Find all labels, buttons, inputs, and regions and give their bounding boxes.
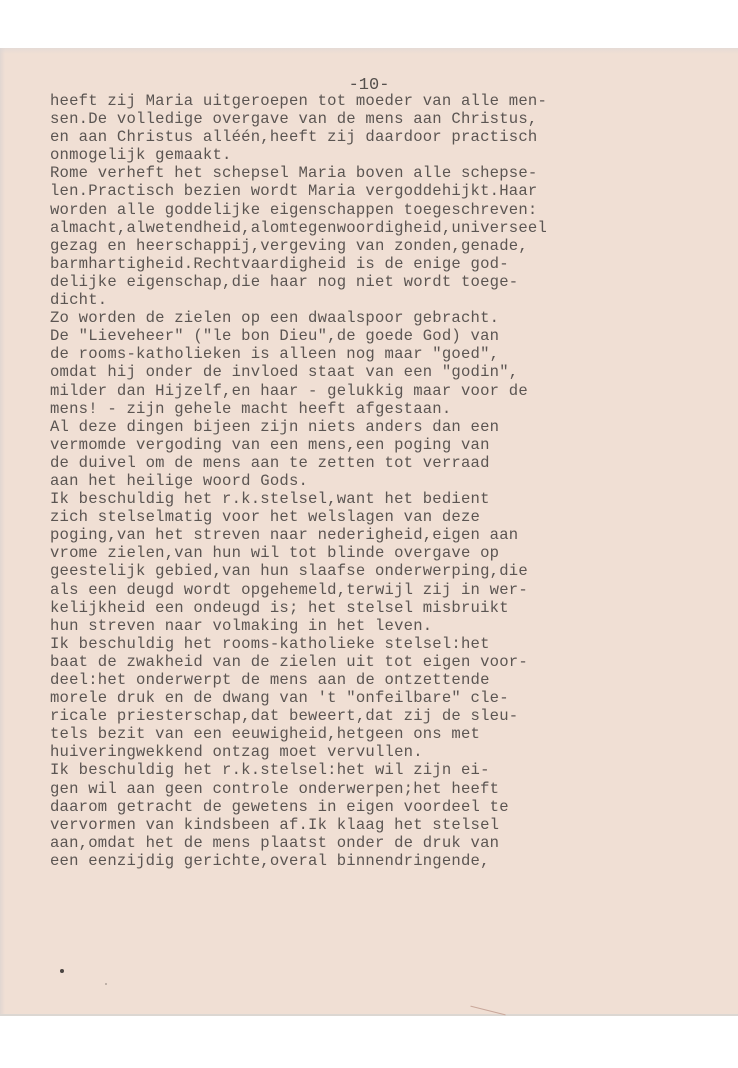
text-line: Al deze dingen bijeen zijn niets anders …	[50, 418, 547, 436]
text-line: en aan Christus alléén,heeft zij daardoo…	[50, 128, 547, 146]
paper-tear-mark	[470, 1006, 505, 1016]
text-line: de rooms-katholieken is alleen nog maar …	[50, 345, 547, 363]
text-line: gen wil aan geen controle onderwerpen;he…	[50, 780, 547, 798]
text-line: delijke eigenschap,die haar nog niet wor…	[50, 273, 547, 291]
page-body-text: heeft zij Maria uitgeroepen tot moeder v…	[50, 92, 547, 870]
text-line: kelijkheid een ondeugd is; het stelsel m…	[50, 599, 547, 617]
text-line: Rome verheft het schepsel Maria boven al…	[50, 164, 547, 182]
typewritten-page: -10- heeft zij Maria uitgeroepen tot moe…	[0, 48, 738, 1016]
text-line: len.Practisch bezien wordt Maria vergodd…	[50, 182, 547, 200]
text-line: poging,van het streven naar nederigheid,…	[50, 526, 547, 544]
text-line: deel:het onderwerpt de mens aan de ontze…	[50, 671, 547, 689]
text-line: onmogelijk gemaakt.	[50, 146, 547, 164]
text-line: omdat hij onder de invloed staat van een…	[50, 363, 547, 381]
text-line: dicht.	[50, 291, 547, 309]
text-line: gezag en heerschappij,vergeving van zond…	[50, 237, 547, 255]
text-line: Ik beschuldig het r.k.stelsel:het wil zi…	[50, 761, 547, 779]
text-line: huiveringwekkend ontzag moet vervullen.	[50, 743, 547, 761]
text-line: hun streven naar volmaking in het leven.	[50, 617, 547, 635]
text-line: Ik beschuldig het r.k.stelsel,want het b…	[50, 490, 547, 508]
text-line: geestelijk gebied,van hun slaafse onderw…	[50, 562, 547, 580]
ink-speck	[105, 983, 107, 985]
text-line: De "Lieveheer" ("le bon Dieu",de goede G…	[50, 327, 547, 345]
text-line: mens! - zijn gehele macht heeft afgestaa…	[50, 400, 547, 418]
text-line: barmhartigheid.Rechtvaardigheid is de en…	[50, 255, 547, 273]
text-line: aan het heilige woord Gods.	[50, 472, 547, 490]
text-line: Zo worden de zielen op een dwaalspoor ge…	[50, 309, 547, 327]
text-line: een eenzijdig gerichte,overal binnendrin…	[50, 852, 547, 870]
text-line: worden alle goddelijke eigenschappen toe…	[50, 201, 547, 219]
text-line: vermomde vergoding van een mens,een pogi…	[50, 436, 547, 454]
text-line: vrome zielen,van hun wil tot blinde over…	[50, 544, 547, 562]
text-line: de duivel om de mens aan te zetten tot v…	[50, 454, 547, 472]
text-line: als een deugd wordt opgehemeld,terwijl z…	[50, 581, 547, 599]
text-line: tels bezit van een eeuwigheid,hetgeen on…	[50, 725, 547, 743]
ink-speck	[60, 969, 64, 973]
text-line: ricale priesterschap,dat beweert,dat zij…	[50, 707, 547, 725]
text-line: almacht,alwetendheid,alomtegenwoordighei…	[50, 219, 547, 237]
text-line: daarom getracht de gewetens in eigen voo…	[50, 798, 547, 816]
text-line: Ik beschuldig het rooms-katholieke stels…	[50, 635, 547, 653]
text-line: zich stelselmatig voor het welslagen van…	[50, 508, 547, 526]
text-line: vervormen van kindsbeen af.Ik klaag het …	[50, 816, 547, 834]
text-line: sen.De volledige overgave van de mens aa…	[50, 110, 547, 128]
text-line: heeft zij Maria uitgeroepen tot moeder v…	[50, 92, 547, 110]
text-line: baat de zwakheid van de zielen uit tot e…	[50, 653, 547, 671]
text-line: morele druk en de dwang van 't "onfeilba…	[50, 689, 547, 707]
text-line: aan,omdat het de mens plaatst onder de d…	[50, 834, 547, 852]
text-line: milder dan Hijzelf,en haar - gelukkig ma…	[50, 382, 547, 400]
